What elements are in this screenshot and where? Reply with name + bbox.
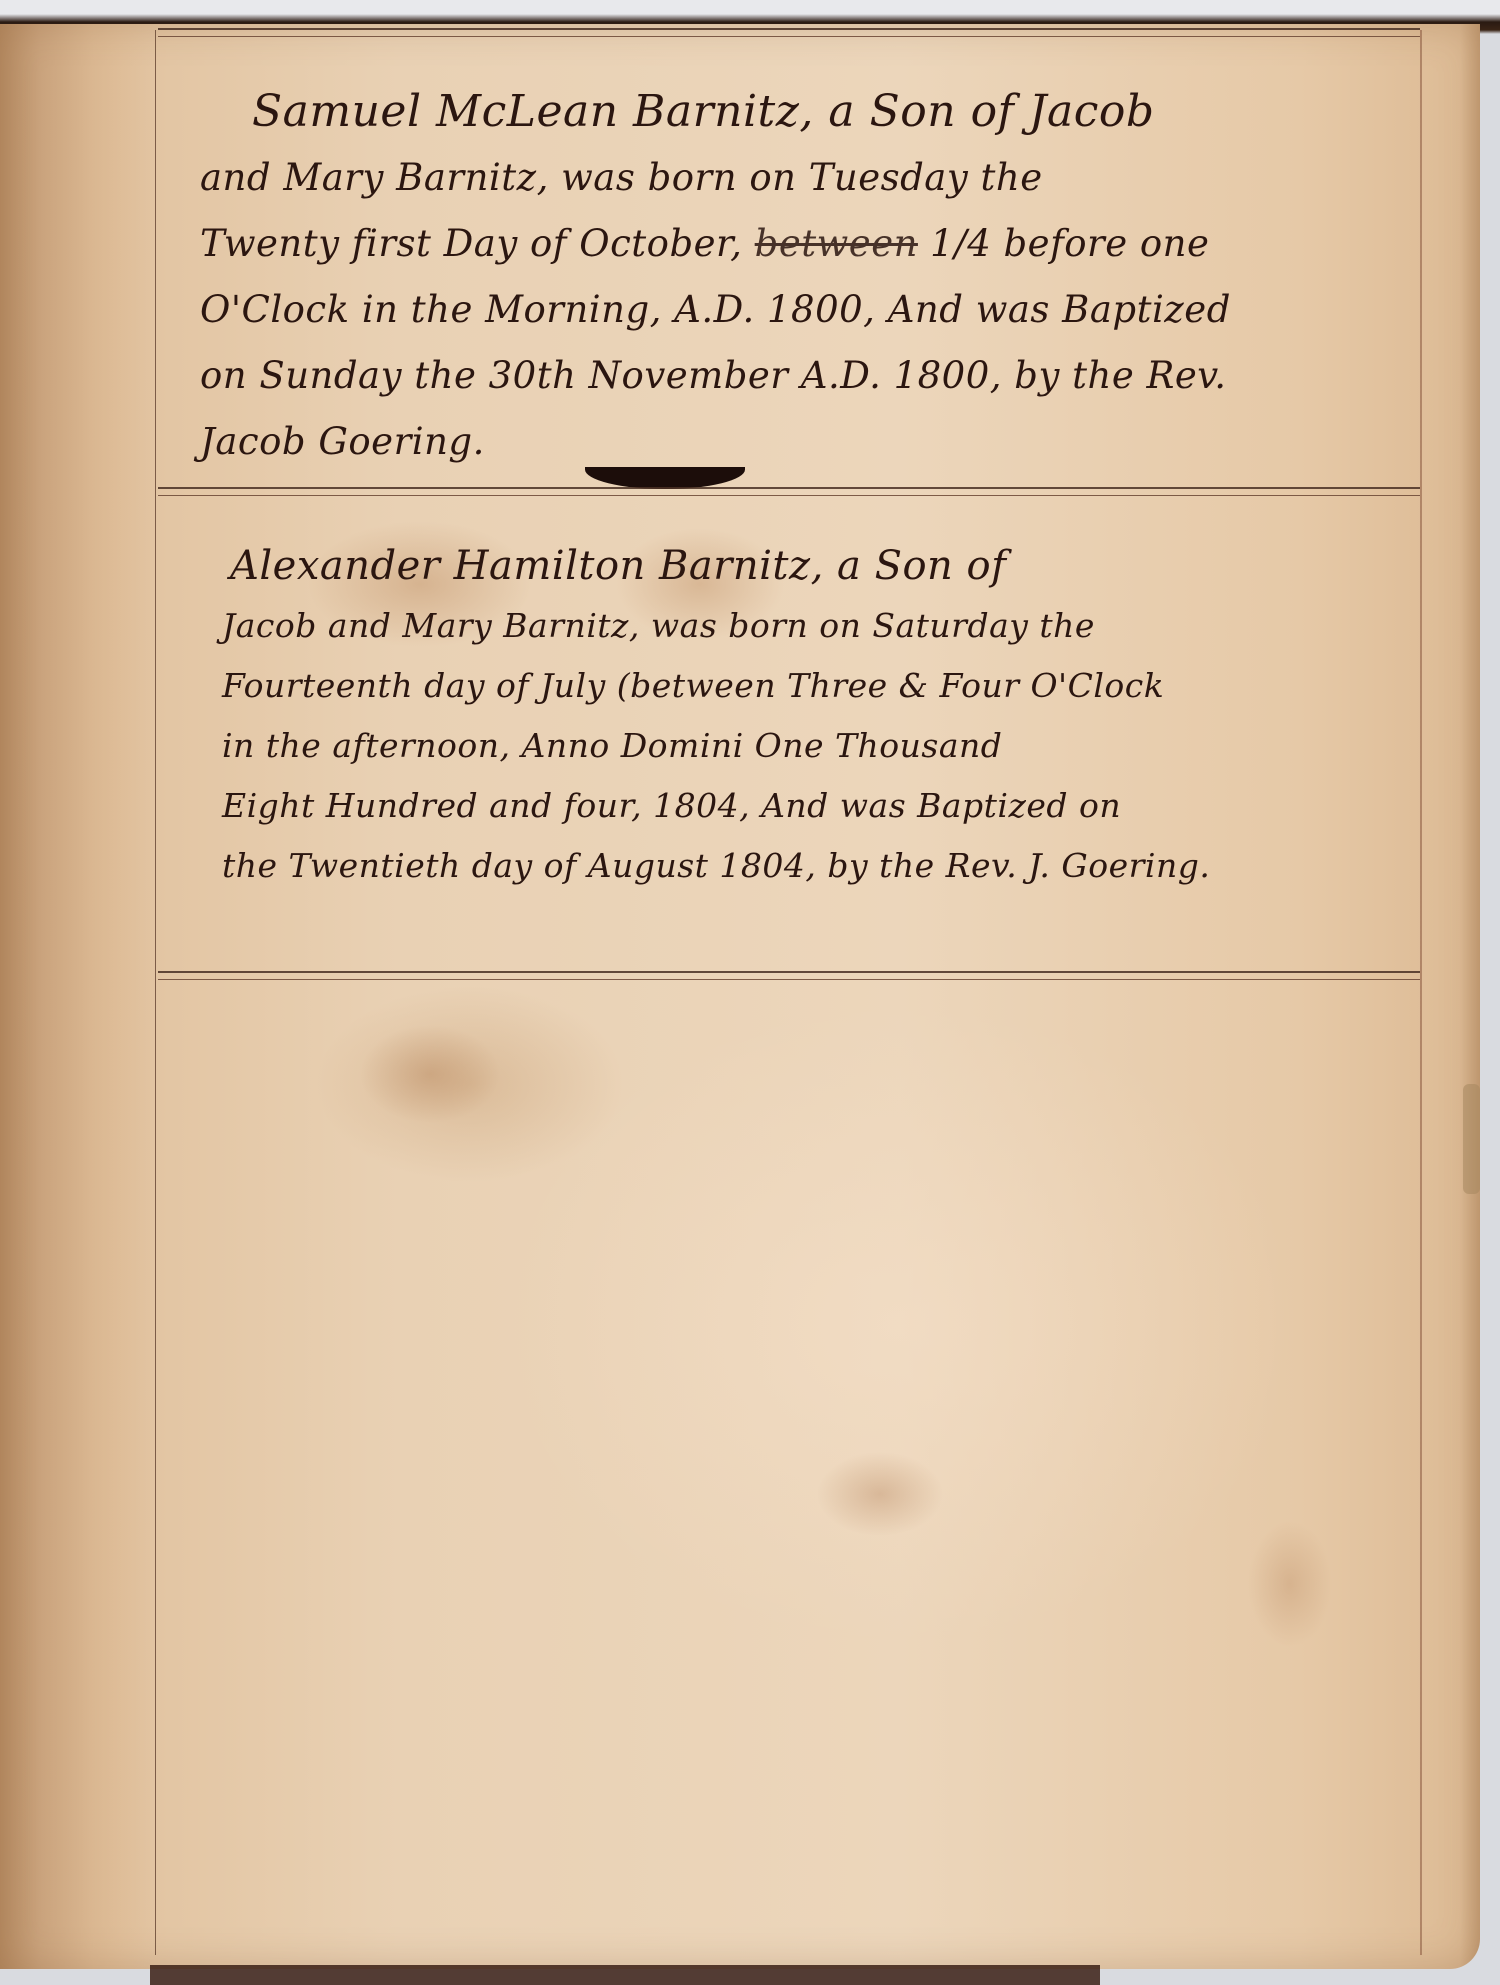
entry-line-tail: 1/4 before one — [918, 222, 1209, 265]
binding-margin — [0, 24, 155, 1969]
entry-line: Samuel McLean Barnitz, a Son of Jacob — [200, 79, 1410, 145]
record-entry-samuel: Samuel McLean Barnitz, a Son of Jacob an… — [200, 79, 1410, 475]
right-margin-rule — [1420, 30, 1422, 1955]
entry-line: in the afternoon, Anno Domini One Thousa… — [200, 716, 1410, 776]
page-edge-tear — [1463, 1084, 1480, 1194]
entry-line: Eight Hundred and four, 1804, And was Ba… — [200, 776, 1410, 836]
entry-line: on Sunday the 30th November A.D. 1800, b… — [200, 343, 1410, 409]
entry-line: and Mary Barnitz, was born on Tuesday th… — [200, 145, 1410, 211]
document-page: Samuel McLean Barnitz, a Son of Jacob an… — [0, 24, 1480, 1969]
struck-word: between — [755, 222, 918, 265]
book-bottom-edge — [150, 1965, 1100, 1985]
entry-line: Fourteenth day of July (between Three & … — [200, 656, 1410, 716]
left-margin-rule — [155, 30, 156, 1955]
entry-separator-rule — [158, 971, 1420, 980]
entry-line: Twenty first Day of October, between 1/4… — [200, 211, 1410, 277]
entry-line-text: Twenty first Day of October, — [200, 222, 742, 265]
photo-scene: Samuel McLean Barnitz, a Son of Jacob an… — [0, 0, 1500, 1985]
record-entry-alexander: Alexander Hamilton Barnitz, a Son of Jac… — [200, 536, 1410, 896]
entry-separator-rule — [158, 487, 1420, 496]
entry-line: Jacob Goering. — [200, 409, 1410, 475]
ink-flourish — [585, 467, 745, 489]
entry-line: Jacob and Mary Barnitz, was born on Satu… — [200, 596, 1410, 656]
entry-line: Alexander Hamilton Barnitz, a Son of — [200, 536, 1410, 596]
top-double-rule — [158, 28, 1420, 37]
entry-line: O'Clock in the Morning, A.D. 1800, And w… — [200, 277, 1410, 343]
entry-line: the Twentieth day of August 1804, by the… — [200, 836, 1410, 896]
